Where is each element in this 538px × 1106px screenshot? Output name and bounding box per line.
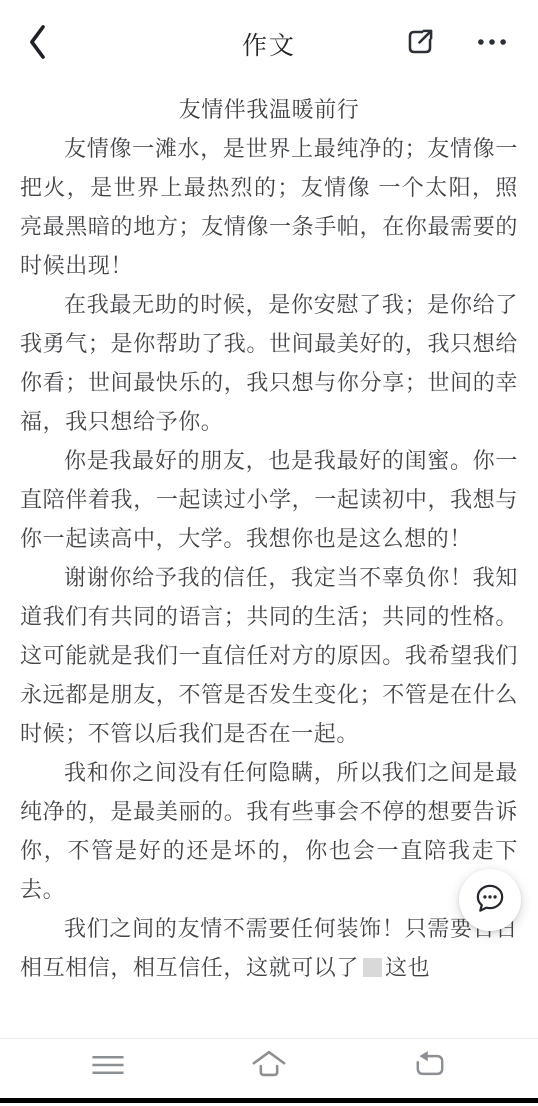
screen-bottom-edge [0,1098,538,1103]
essay-paragraph-6-tail: 这也 [385,955,430,980]
system-nav-bar [0,1038,538,1106]
more-horizontal-icon [472,22,512,67]
menu-lines-icon [88,1045,128,1090]
return-arrow-icon [410,1045,450,1090]
emoji-placeholder [363,958,382,977]
essay-paragraph-5: 我和你之间没有任何隐瞒，所以我们之间是最纯净的，是最美丽的。我有些事会不停的想要… [20,753,518,909]
essay-paragraph-1: 友情像一滩水，是世界上最纯净的；友情像一把火，是世界上最热烈的；友情像 一个太阳… [20,129,518,285]
chat-bubble-icon [471,879,509,922]
back-nav-button[interactable] [408,1046,452,1090]
back-button[interactable] [16,20,60,68]
essay-paragraph-3: 你是我最好的朋友，也是我最好的闺蜜。你一直陪伴着我，一起读过小学，一起读初中，我… [20,441,518,558]
more-button[interactable] [468,22,516,66]
app-bar: 作文 [0,0,538,76]
chevron-left-icon [26,23,50,66]
home-button[interactable] [247,1046,291,1090]
recents-button[interactable] [86,1046,130,1090]
essay-paragraph-6: 我们之间的友情不需要任何装饰！只需要日日相互相信，相互信任，这就可以了这也 [20,909,518,987]
phone-screen: 作文 友情伴我温暖前行 友情像一滩水，是世界上最纯净的；友情像一 [0,0,538,1106]
chat-float-button[interactable] [459,869,521,931]
home-icon [248,1044,290,1091]
essay-paragraph-4: 谢谢你给予我的信任，我定当不辜负你！我知道我们有共同的语言；共同的生活；共同的性… [20,558,518,753]
share-button[interactable] [398,22,442,66]
essay-paragraph-2: 在我最无助的时候，是你安慰了我；是你给了我勇气；是你帮助了我。世间最美好的，我只… [20,285,518,441]
essay-paragraph-6-text: 我们之间的友情不需要任何装饰！只需要日日相互相信，相互信任，这就可以了 [20,916,518,980]
essay-title: 友情伴我温暖前行 [20,90,518,129]
essay-content: 友情伴我温暖前行 友情像一滩水，是世界上最纯净的；友情像一把火，是世界上最热烈的… [0,76,538,987]
share-external-icon [401,23,439,66]
page-title: 作文 [242,26,296,62]
